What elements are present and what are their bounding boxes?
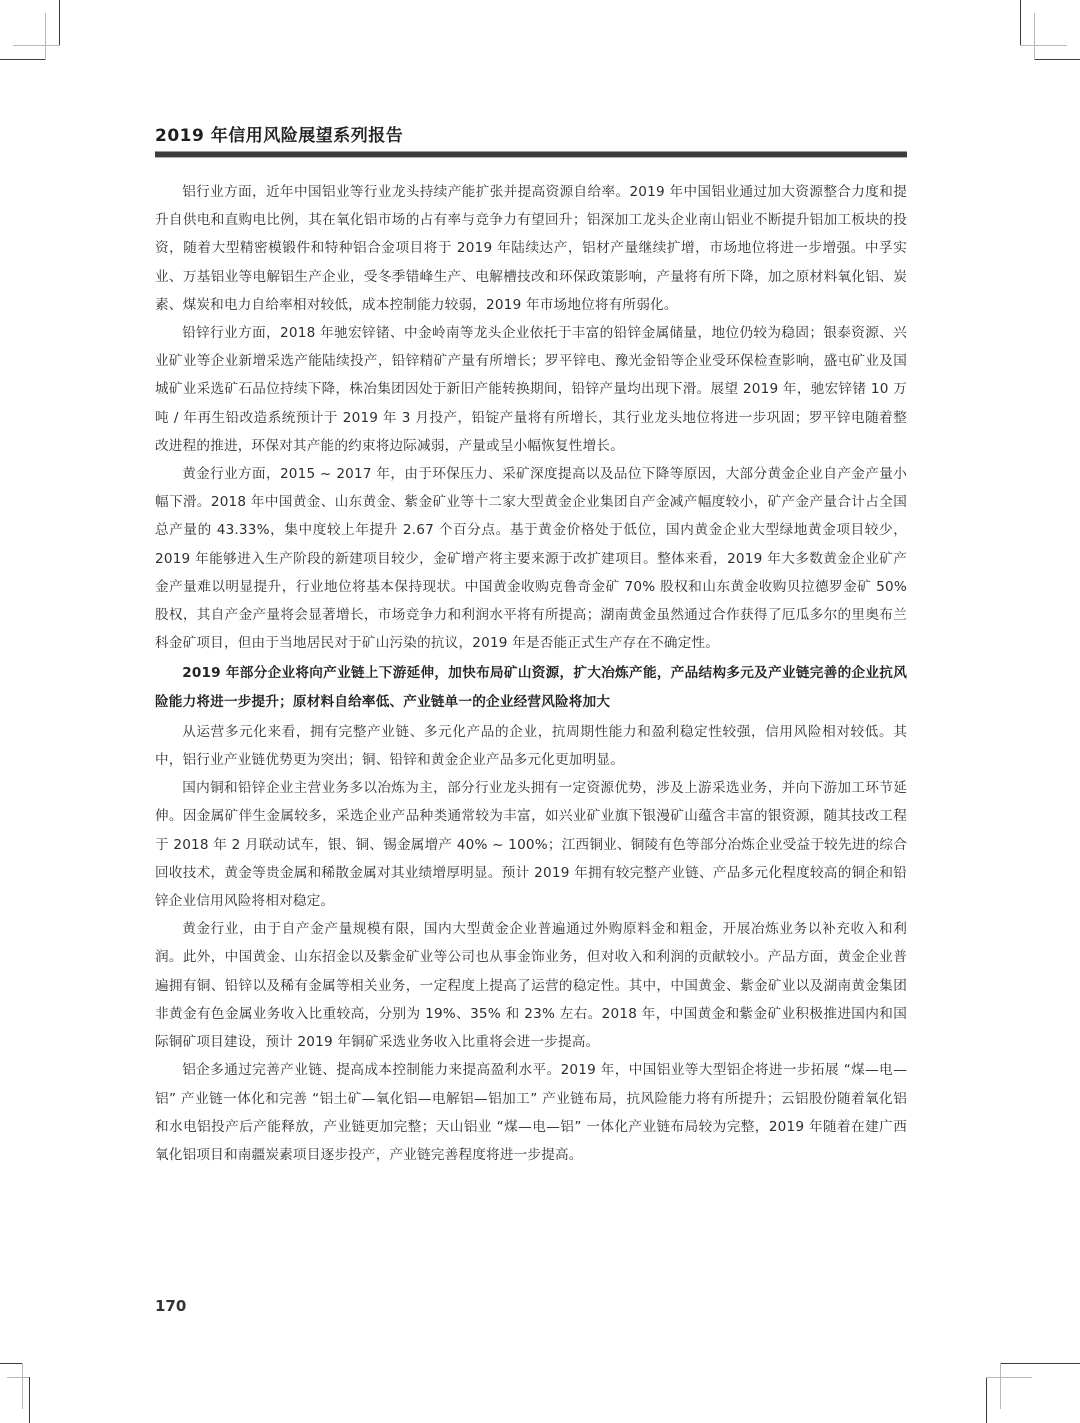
- paragraph-lead-zinc-industry: 铅锌行业方面，2018 年驰宏锌锗、中金岭南等龙头企业依托于丰富的铅锌金属储量，…: [155, 319, 907, 460]
- report-series-title: 2019 年信用风险展望系列报告: [155, 124, 907, 148]
- paragraph-copper-lead-zinc: 国内铜和铅锌企业主营业务多以冶炼为主，部分行业龙头拥有一定资源优势，涉及上游采选…: [155, 774, 907, 915]
- page-number: 170: [155, 1297, 186, 1315]
- section-heading: 2019 年部分企业将向产业链上下游延伸，加快布局矿山资源，扩大冶炼产能，产品结…: [155, 659, 907, 715]
- paragraph-aluminum-chain: 铝企多通过完善产业链、提高成本控制能力来提高盈利水平。2019 年，中国铝业等大…: [155, 1056, 907, 1169]
- paragraph-aluminum-industry: 铝行业方面，近年中国铝业等行业龙头持续产能扩张并提高资源自给率。2019 年中国…: [155, 178, 907, 319]
- article-body: 铝行业方面，近年中国铝业等行业龙头持续产能扩张并提高资源自给率。2019 年中国…: [155, 178, 907, 1169]
- paragraph-gold-industry: 黄金行业方面，2015 ~ 2017 年，由于环保压力、采矿深度提高以及品位下降…: [155, 460, 907, 657]
- header-rule: [155, 151, 907, 158]
- paragraph-gold-business: 黄金行业，由于自产金产量规模有限，国内大型黄金企业普遍通过外购原料金和粗金，开展…: [155, 915, 907, 1056]
- paragraph-diversification: 从运营多元化来看，拥有完整产业链、多元化产品的企业，抗周期性能力和盈利稳定性较强…: [155, 718, 907, 774]
- running-header: 2019 年信用风险展望系列报告: [155, 124, 907, 158]
